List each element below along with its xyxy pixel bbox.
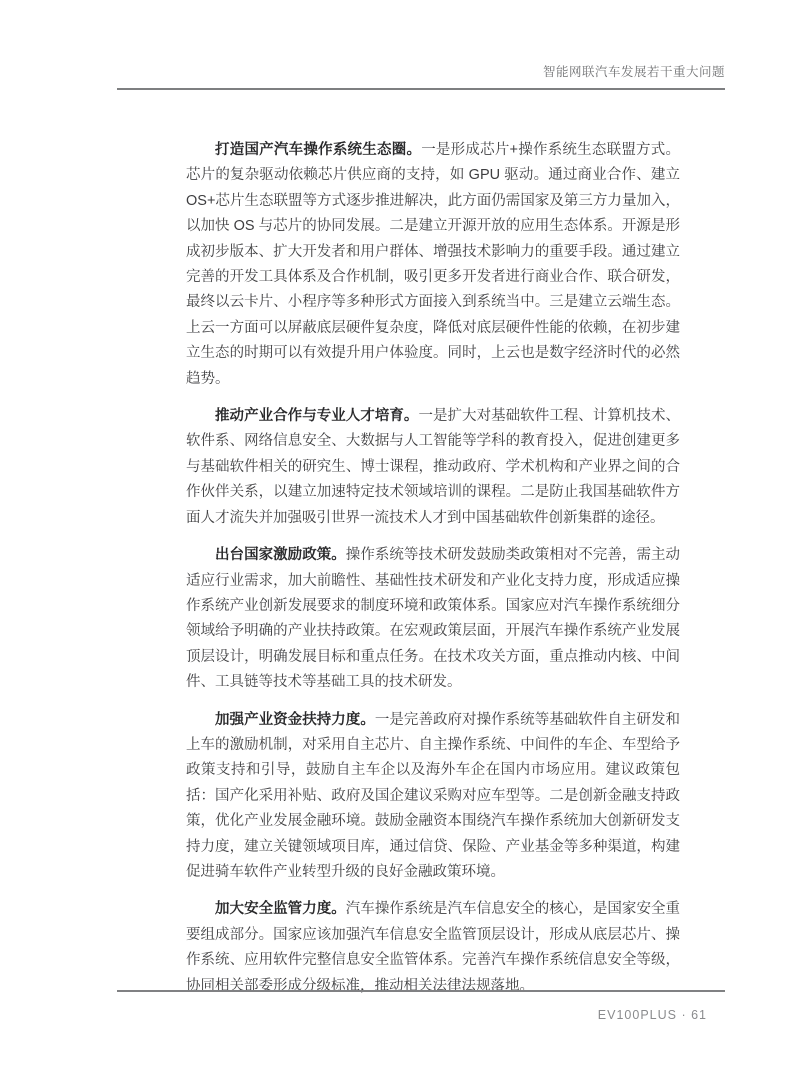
paragraph-text: 一是完善政府对操作系统等基础软件自主研发和上车的激励机制，对采用自主芯片、自主操… (186, 712, 680, 880)
paragraph-lead: 出台国家激励政策。 (215, 547, 346, 563)
paragraph-lead: 推动产业合作与专业人才培育。 (215, 408, 418, 424)
paragraph-lead: 加强产业资金扶持力度。 (215, 712, 375, 728)
paragraph: 打造国产汽车操作系统生态圈。一是形成芯片+操作系统生态联盟方式。芯片的复杂驱动依… (186, 138, 680, 392)
paragraph-lead: 打造国产汽车操作系统生态圈。 (215, 142, 421, 158)
paragraph-text: 一是扩大对基础软件工程、计算机技术、软件系、网络信息安全、大数据与人工智能等学科… (186, 408, 680, 526)
paragraph: 加强产业资金扶持力度。一是完善政府对操作系统等基础软件自主研发和上车的激励机制，… (186, 708, 680, 886)
footer-page-label: EV100PLUS · 61 (598, 1008, 707, 1022)
paragraph: 推动产业合作与专业人才培育。一是扩大对基础软件工程、计算机技术、软件系、网络信息… (186, 404, 680, 531)
paragraph: 出台国家激励政策。操作系统等技术研发鼓励类政策相对不完善，需主动适应行业需求，加… (186, 543, 680, 695)
paragraph-text: 操作系统等技术研发鼓励类政策相对不完善，需主动适应行业需求，加大前瞻性、基础性技… (186, 547, 680, 690)
paragraph-lead: 加大安全监管力度。 (215, 901, 346, 917)
running-header-title: 智能网联汽车发展若干重大问题 (543, 62, 725, 80)
paragraph: 加大安全监管力度。汽车操作系统是汽车信息安全的核心，是国家安全重要组成部分。国家… (186, 897, 680, 999)
header-rule (117, 88, 725, 90)
page-body: 打造国产汽车操作系统生态圈。一是形成芯片+操作系统生态联盟方式。芯片的复杂驱动依… (186, 138, 680, 1011)
document-page: 智能网联汽车发展若干重大问题 打造国产汽车操作系统生态圈。一是形成芯片+操作系统… (0, 0, 793, 1077)
paragraph-text: 一是形成芯片+操作系统生态联盟方式。芯片的复杂驱动依赖芯片供应商的支持，如 GP… (186, 142, 680, 387)
footer-rule (117, 990, 725, 992)
